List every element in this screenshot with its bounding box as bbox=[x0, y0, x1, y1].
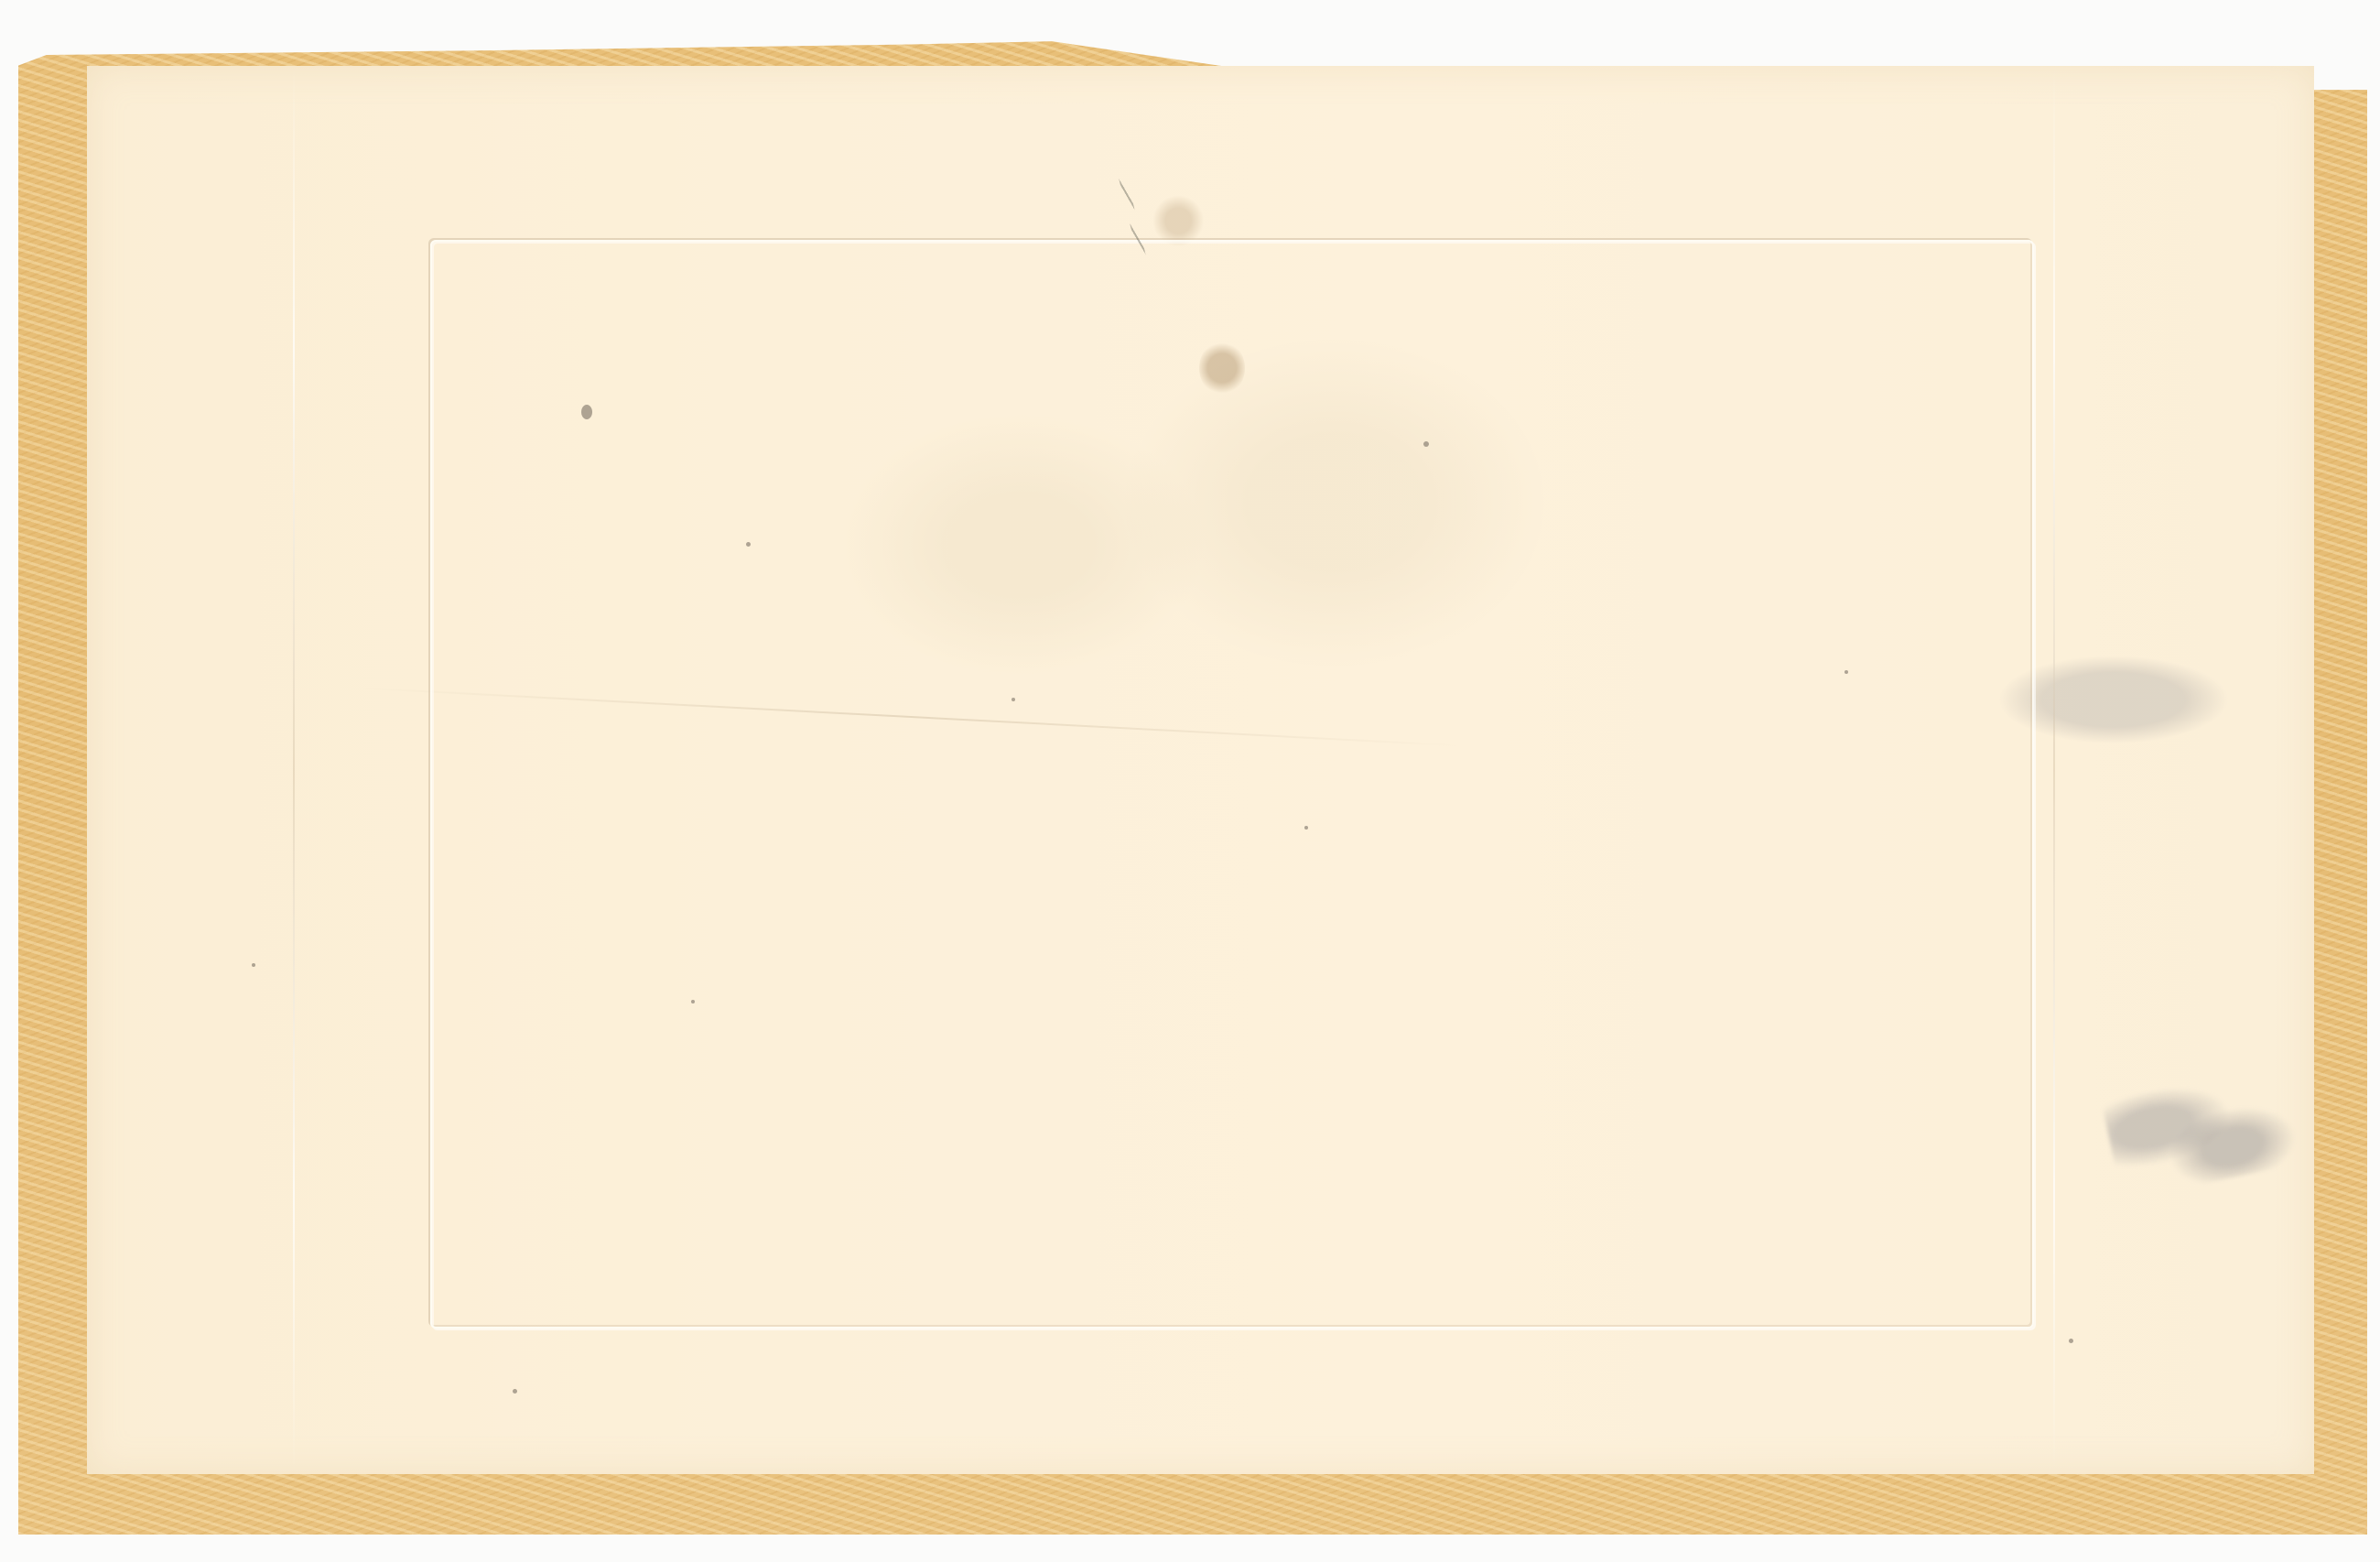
foxing-spot bbox=[252, 963, 255, 967]
foxing-spot bbox=[2069, 1339, 2073, 1343]
foxing-spot bbox=[1304, 826, 1308, 830]
paper-panel bbox=[87, 66, 2314, 1474]
foxing-spot bbox=[1423, 441, 1429, 447]
vertical-crease-left bbox=[293, 66, 295, 1474]
foxing-spot bbox=[513, 1389, 517, 1394]
vertical-crease-right bbox=[2053, 66, 2055, 1474]
embossed-plate-mark bbox=[430, 240, 2034, 1329]
foxing-spot bbox=[746, 542, 751, 547]
foxing-spot bbox=[581, 405, 592, 419]
scan-background bbox=[0, 0, 2380, 1562]
foxing-spot bbox=[1844, 670, 1848, 674]
brown-stain bbox=[1199, 341, 1245, 396]
graphite-smudge bbox=[2102, 1064, 2302, 1200]
card-frame bbox=[18, 20, 2367, 1535]
foxing-spot bbox=[691, 1000, 695, 1003]
foxing-spot bbox=[1011, 698, 1015, 701]
